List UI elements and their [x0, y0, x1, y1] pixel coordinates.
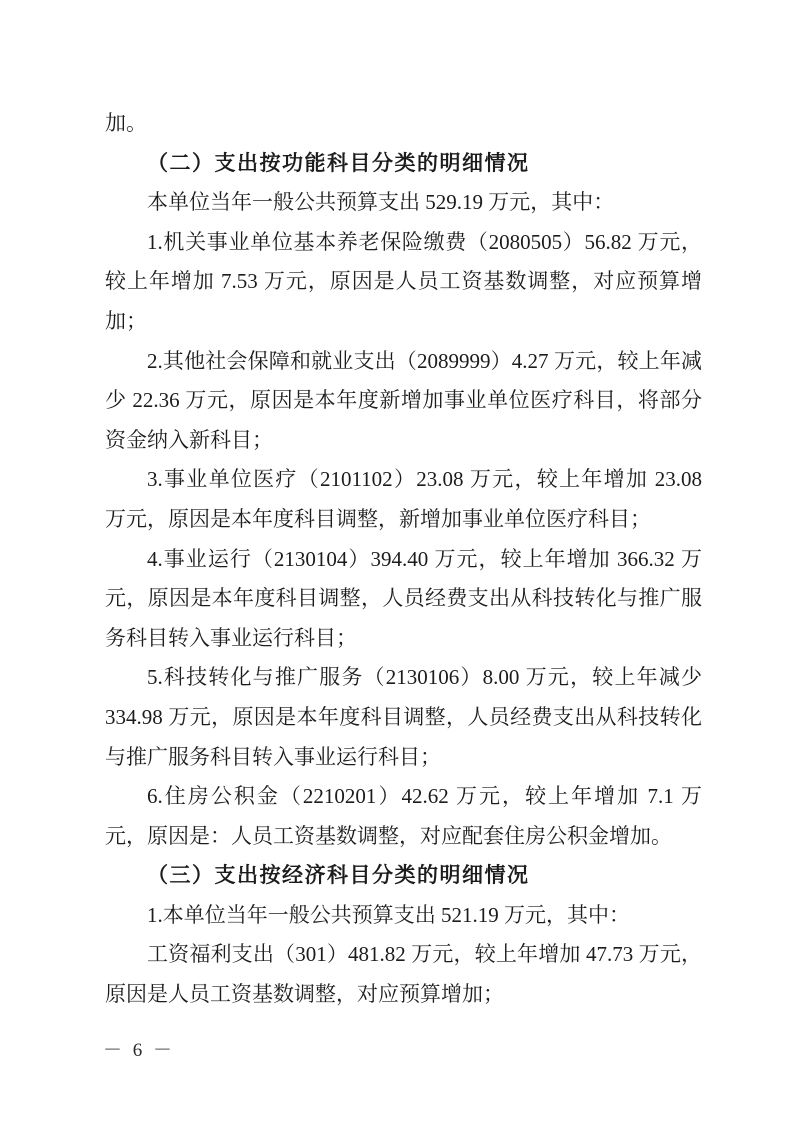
paragraph-item-3-medical: 3.事业单位医疗（2101102）23.08 万元，较上年增加 23.08 万元… — [105, 460, 702, 539]
page-text: 加。 （二）支出按功能科目分类的明细情况 本单位当年一般公共预算支出 529.1… — [105, 104, 702, 1015]
paragraph-item-4-operations: 4.事业运行（2130104）394.40 万元，较上年增加 366.32 万元… — [105, 540, 702, 659]
section-heading-economic: （三）支出按经济科目分类的明细情况 — [105, 856, 702, 896]
paragraph-total-economic: 1.本单位当年一般公共预算支出 521.19 万元，其中： — [105, 896, 702, 936]
paragraph-item-1-pension: 1.机关事业单位基本养老保险缴费（2080505）56.82 万元，较上年增加 … — [105, 223, 702, 342]
document-page: 加。 （二）支出按功能科目分类的明细情况 本单位当年一般公共预算支出 529.1… — [0, 0, 793, 1122]
paragraph-item-2-social-security: 2.其他社会保障和就业支出（2089999）4.27 万元，较上年减少 22.3… — [105, 342, 702, 461]
paragraph-wages-welfare: 工资福利支出（301）481.82 万元，较上年增加 47.73 万元，原因是人… — [105, 935, 702, 1014]
section-heading-functional: （二）支出按功能科目分类的明细情况 — [105, 144, 702, 184]
page-number: － 6 － — [103, 1035, 175, 1062]
paragraph-item-5-tech-transfer: 5.科技转化与推广服务（2130106）8.00 万元，较上年减少 334.98… — [105, 658, 702, 777]
paragraph-total-functional: 本单位当年一般公共预算支出 529.19 万元，其中： — [105, 183, 702, 223]
continuation-paragraph: 加。 — [105, 104, 702, 144]
paragraph-item-6-housing-fund: 6.住房公积金（2210201）42.62 万元，较上年增加 7.1 万元，原因… — [105, 777, 702, 856]
